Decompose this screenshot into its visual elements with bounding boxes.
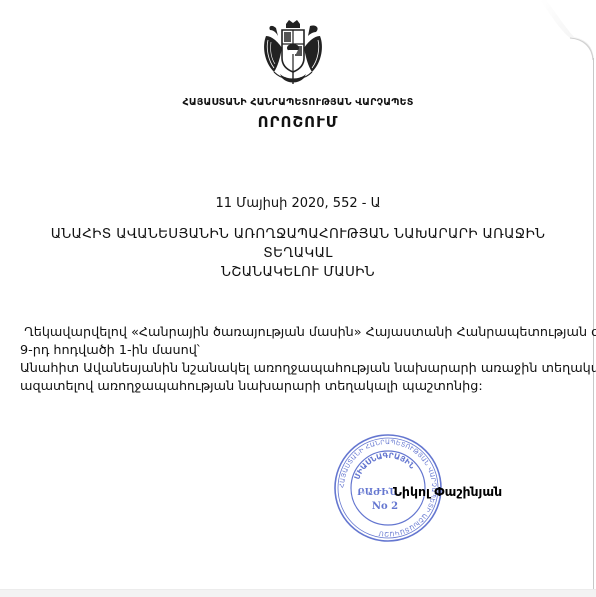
signatory-name: Նիկոլ Փաշինյան: [393, 484, 502, 499]
stamp-center-label: ԲԱԺԻՆ: [357, 487, 397, 498]
document-title: ԱՆԱՀԻՏ ԱՎԱՆԵՍՅԱՆԻՆ ԱՌՈՂՋԱՊԱՀՈՒԹՅԱՆ ՆԱԽԱՐ…: [30, 225, 566, 282]
document-page: ՀԱՅԱՍՏԱՆԻ ՀԱՆՐԱՊԵՏՈՒԹՅԱՆ ՎԱՐՉԱՊԵՏ ՈՐՈՇՈՒ…: [0, 0, 596, 589]
document-title-line: ԱՆԱՀԻՏ ԱՎԱՆԵՍՅԱՆԻՆ ԱՌՈՂՋԱՊԱՀՈՒԹՅԱՆ ՆԱԽԱՐ…: [30, 225, 566, 263]
stamp-inner-text: ՄԻԱՍՆԱԳՐԱՅԻՆ: [352, 451, 417, 481]
document-title-line: ՆՇԱՆԱԿԵԼՈՒ ՄԱՍԻՆ: [30, 263, 566, 282]
coat-of-arms-icon: [258, 18, 328, 88]
document-body: Ղեկավարվելով «Հանրային ծառայության մասին…: [20, 324, 590, 396]
body-line: Անահիտ Ավանեսյանին նշանակել առողջապահութ…: [20, 360, 590, 378]
government-name: ՀԱՅԱՍՏԱՆԻ ՀԱՆՐԱՊԵՏՈՒԹՅԱՆ ՎԱՐՉԱՊԵՏ: [0, 97, 596, 108]
page-curl-icon: [530, 0, 596, 64]
document-type: ՈՐՈՇՈՒՄ: [0, 113, 596, 131]
body-line: 9-րդ հոդվածի 1-ին մասով՝: [20, 342, 590, 360]
body-line: Ղեկավարվելով «Հանրային ծառայության մասին…: [20, 324, 590, 342]
page-edge: [593, 58, 594, 589]
svg-text:ՄԻԱՍՆԱԳՐԱՅԻՆ: ՄԻԱՍՆԱԳՐԱՅԻՆ: [352, 451, 417, 481]
stamp-number: No 2: [372, 501, 398, 512]
body-line: ազատելով առողջապահության նախարարի տեղակա…: [20, 378, 590, 396]
bottom-scroll-area: [0, 589, 596, 597]
document-date-number: 11 Մայիսի 2020, 552 - Ա: [0, 196, 596, 211]
